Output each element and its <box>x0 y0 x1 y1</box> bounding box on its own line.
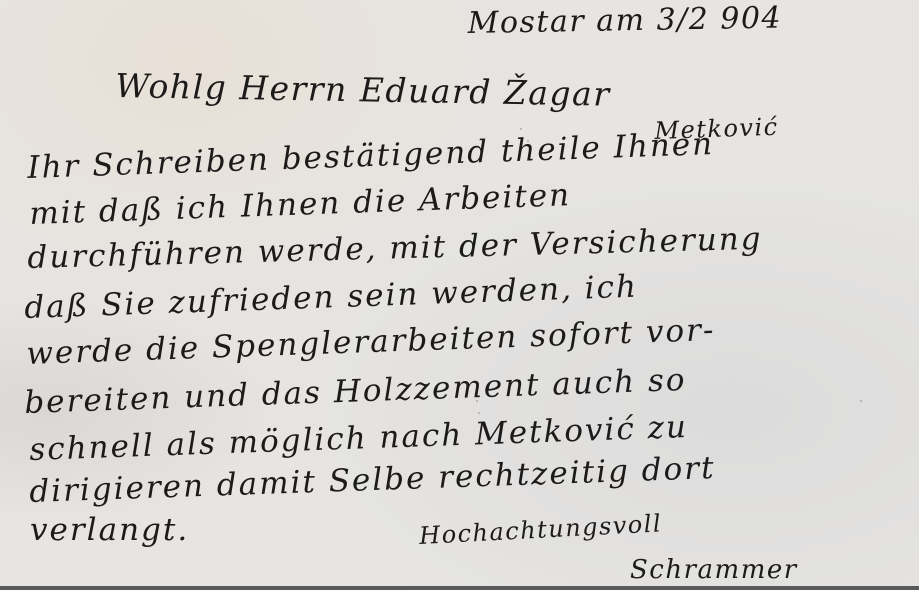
body-line: verlangt. <box>30 512 189 548</box>
paper-speck <box>476 400 478 402</box>
body-line: Ihr Schreiben bestätigend theile Ihnen <box>27 126 715 186</box>
date-line: Mostar am 3/2 904 <box>467 1 782 41</box>
closing-line: Hochachtungsvoll <box>419 509 663 550</box>
paper-speck <box>527 140 529 142</box>
paper-speck <box>860 400 862 402</box>
body-line: mit daß ich Ihnen die Arbeiten <box>29 177 572 232</box>
letter-paper: Mostar am 3/2 904 Wohlg Herrn Eduard Žag… <box>0 0 919 586</box>
paper-speck <box>478 412 480 414</box>
scan-edge <box>0 586 919 590</box>
addressee-line: Wohlg Herrn Eduard Žagar <box>115 66 611 114</box>
body-line: durchführen werde, mit der Versicherung <box>27 221 763 276</box>
paper-speck <box>520 128 522 130</box>
signature: Schrammer <box>630 555 798 585</box>
